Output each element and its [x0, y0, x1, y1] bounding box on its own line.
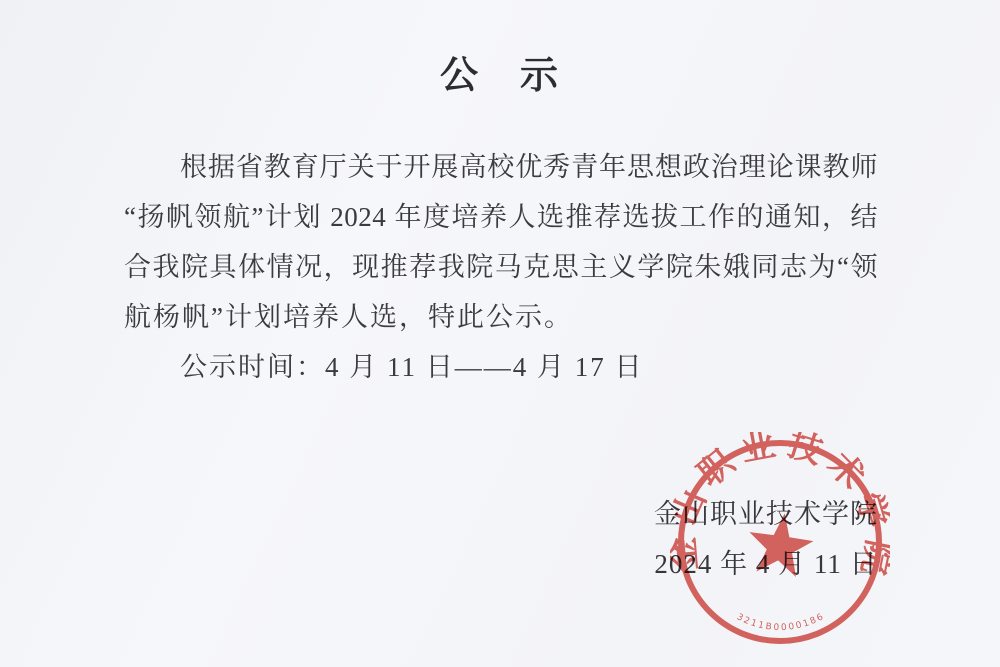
page-title: 公 示	[0, 44, 1000, 99]
body-line-2: “扬帆领航”计划 2024 年度培养人选推荐选拔工作的通知，结	[124, 192, 878, 242]
official-seal: 金山职业技术学院 3211B0000186	[670, 432, 890, 652]
seal-star	[744, 509, 817, 579]
seal-code-label: 3211B0000186	[735, 611, 827, 633]
body-text: 根据省教育厅关于开展高校优秀青年思想政治理论课教师 “扬帆领航”计划 2024 …	[124, 142, 878, 392]
body-line-3: 合我院具体情况，现推荐我院马克思主义学院朱娥同志为“领	[124, 242, 878, 292]
body-line-5: 公示时间：4 月 11 日——4 月 17 日	[124, 342, 878, 392]
body-line-4: 航杨帆”计划培养人选，特此公示。	[124, 292, 878, 342]
body-line-1: 根据省教育厅关于开展高校优秀青年思想政治理论课教师	[124, 142, 878, 192]
document-page: 公 示 根据省教育厅关于开展高校优秀青年思想政治理论课教师 “扬帆领航”计划 2…	[0, 0, 1000, 667]
seal-arc-label: 金山职业技术学院	[670, 432, 890, 586]
